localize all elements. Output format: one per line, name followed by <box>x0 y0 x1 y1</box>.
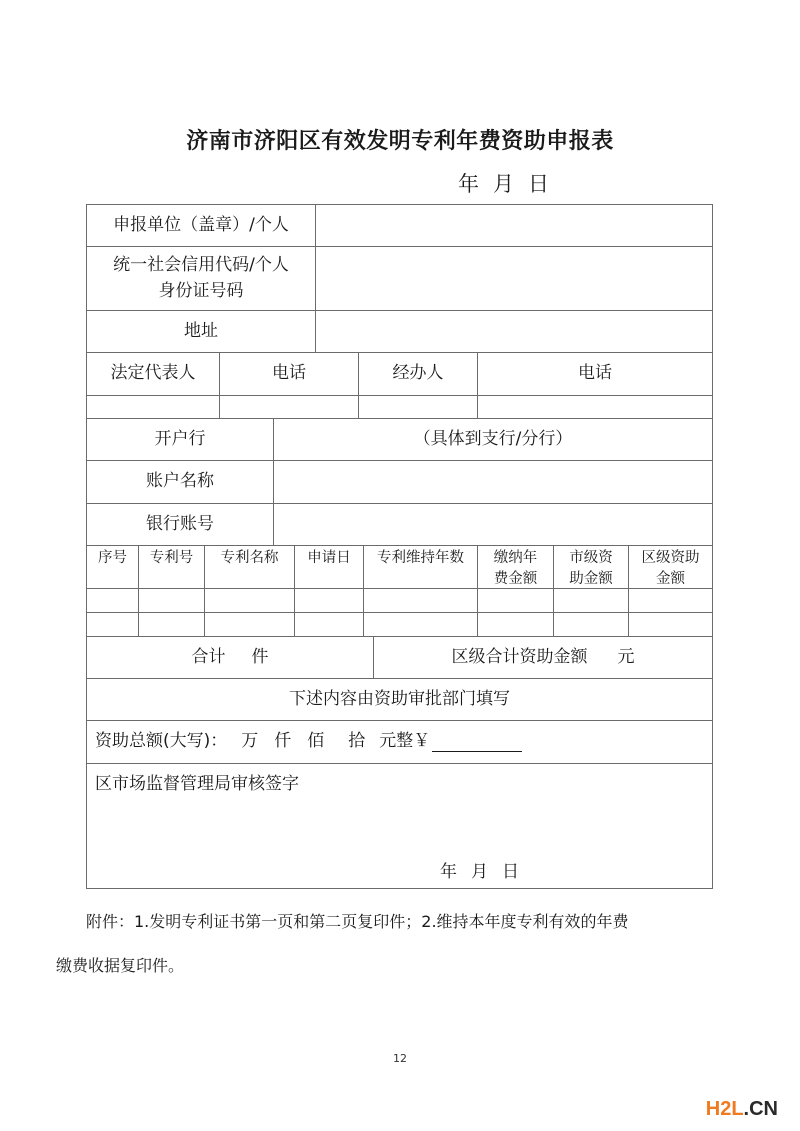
sign-date-day: 日 <box>502 862 519 882</box>
amount-row: 资助总额(大写)： 万 仟 佰 拾 元整￥ <box>86 720 713 764</box>
phone-label-2: 电话 <box>477 352 713 396</box>
table-cell[interactable] <box>204 588 295 613</box>
review-signature-box[interactable]: 区市场监督管理局审核签字 <box>86 763 713 889</box>
header-date-year: 年 <box>458 172 479 196</box>
attachment-note-line1: 附件：1.发明专利证书第一页和第二页复印件；2.维持本年度专利有效的年费 <box>86 900 726 944</box>
table-cell[interactable] <box>86 612 139 637</box>
unit-bai: 佰 <box>307 729 324 755</box>
unit-shi: 拾 <box>348 729 365 755</box>
table-cell[interactable] <box>138 612 205 637</box>
amount-number-field[interactable] <box>432 733 522 752</box>
header-date-month: 月 <box>493 172 514 196</box>
table-cell[interactable] <box>628 588 713 613</box>
unit-wan: 万 <box>241 729 258 755</box>
account-number-field[interactable] <box>273 503 713 546</box>
col-header-district-subsidy: 区级资助 金额 <box>628 545 713 589</box>
col-header-patent-number: 专利号 <box>138 545 205 589</box>
approval-section-note: 下述内容由资助审批部门填写 <box>86 678 713 721</box>
total-count: 合计件 <box>86 636 374 679</box>
table-cell[interactable] <box>363 588 478 613</box>
district-total: 区级合计资助金额元 <box>373 636 713 679</box>
district-total-unit: 元 <box>618 645 635 671</box>
col-header-annual-fee-l2: 费金额 <box>494 569 538 590</box>
unit-qian: 仟 <box>274 729 291 755</box>
handler-field[interactable] <box>358 395 478 419</box>
applicant-field[interactable] <box>315 204 713 247</box>
watermark-part2: .CN <box>744 1098 778 1120</box>
bank-label: 开户行 <box>86 418 274 461</box>
account-name-field[interactable] <box>273 460 713 504</box>
col-header-district-subsidy-l1: 区级资助 <box>642 548 700 569</box>
col-header-city-subsidy-l2: 助金额 <box>569 569 613 590</box>
header-date: 年月日 <box>458 168 563 198</box>
credit-code-field[interactable] <box>315 246 713 311</box>
amount-label: 资助总额(大写)： <box>95 729 227 755</box>
total-count-label: 合计 <box>192 645 226 671</box>
page-number: 12 <box>0 1052 800 1065</box>
phone-label-1: 电话 <box>219 352 359 396</box>
district-total-label: 区级合计资助金额 <box>452 645 588 671</box>
table-cell[interactable] <box>477 612 554 637</box>
credit-code-label-line1: 统一社会信用代码/个人 <box>113 253 289 279</box>
table-cell[interactable] <box>86 588 139 613</box>
review-label: 区市场监督管理局审核签字 <box>95 772 299 798</box>
handler-phone-field[interactable] <box>477 395 713 419</box>
account-number-label: 银行账号 <box>86 503 274 546</box>
table-cell[interactable] <box>553 588 629 613</box>
col-header-annual-fee: 缴纳年 费金额 <box>477 545 554 589</box>
header-date-day: 日 <box>528 172 549 196</box>
col-header-years-maintained: 专利维持年数 <box>363 545 478 589</box>
unit-yuan: 元整￥ <box>379 729 430 755</box>
sign-date-month: 月 <box>471 862 488 882</box>
col-header-application-date: 申请日 <box>294 545 364 589</box>
watermark-logo: H2L.CN <box>706 1098 778 1121</box>
legal-rep-label: 法定代表人 <box>86 352 220 396</box>
col-header-city-subsidy-l1: 市级资 <box>569 548 613 569</box>
table-cell[interactable] <box>138 588 205 613</box>
table-cell[interactable] <box>204 612 295 637</box>
total-count-unit: 件 <box>252 645 269 671</box>
col-header-index: 序号 <box>86 545 139 589</box>
sign-date-year: 年 <box>440 862 457 882</box>
col-header-district-subsidy-l2: 金额 <box>656 569 685 590</box>
table-cell[interactable] <box>477 588 554 613</box>
address-field[interactable] <box>315 310 713 353</box>
table-cell[interactable] <box>553 612 629 637</box>
credit-code-label-line2: 身份证号码 <box>159 279 244 305</box>
bank-field[interactable]: （具体到支行/分行） <box>273 418 713 461</box>
table-cell[interactable] <box>363 612 478 637</box>
table-cell[interactable] <box>294 588 364 613</box>
table-cell[interactable] <box>294 612 364 637</box>
col-header-patent-name: 专利名称 <box>204 545 295 589</box>
legal-rep-field[interactable] <box>86 395 220 419</box>
legal-rep-phone-field[interactable] <box>219 395 359 419</box>
watermark-part1: H2L <box>706 1098 744 1120</box>
account-name-label: 账户名称 <box>86 460 274 504</box>
handler-label: 经办人 <box>358 352 478 396</box>
attachment-note-line2: 缴费收据复印件。 <box>56 944 726 988</box>
credit-code-label: 统一社会信用代码/个人 身份证号码 <box>86 246 316 311</box>
col-header-annual-fee-l1: 缴纳年 <box>494 548 538 569</box>
table-cell[interactable] <box>628 612 713 637</box>
sign-date: 年月日 <box>440 857 519 882</box>
form-title: 济南市济阳区有效发明专利年费资助申报表 <box>0 124 800 155</box>
col-header-city-subsidy: 市级资 助金额 <box>553 545 629 589</box>
attachment-note: 附件：1.发明专利证书第一页和第二页复印件；2.维持本年度专利有效的年费 缴费收… <box>86 900 726 988</box>
address-label: 地址 <box>86 310 316 353</box>
applicant-label: 申报单位（盖章）/个人 <box>86 204 316 247</box>
